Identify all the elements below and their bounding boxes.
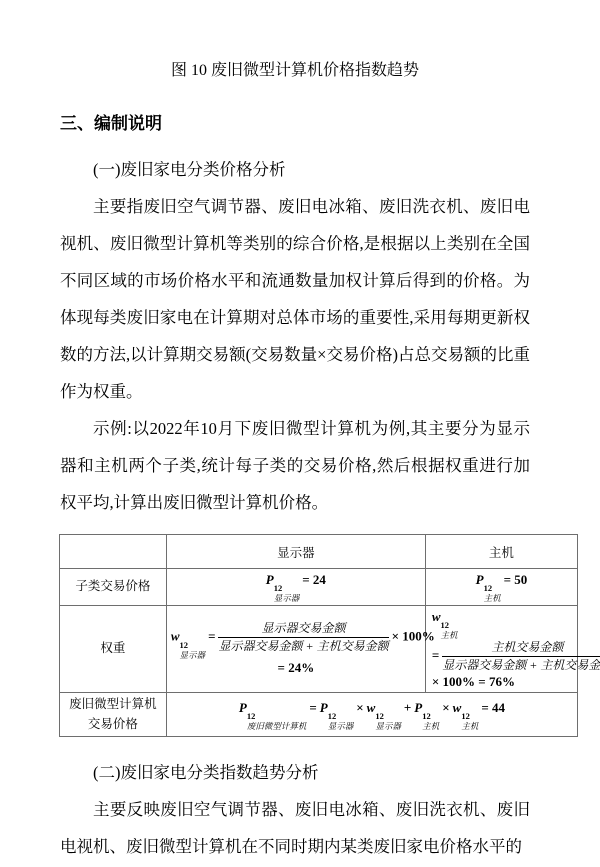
math-equals: = <box>309 700 316 715</box>
math-var: w <box>367 700 376 715</box>
math-sup: 12 <box>375 712 384 721</box>
weight-label: 权重 <box>60 605 167 692</box>
table-row-subclass-price: 子类交易价格 P12显示器= 24 P12主机= 50 <box>60 569 578 606</box>
figure-caption: 图 10 废旧微型计算机价格指数趋势 <box>60 52 530 89</box>
math-sub: 主机 <box>461 722 478 731</box>
total-price-label: 废旧微型计算机交易价格 <box>60 693 167 737</box>
math-sub: 主机 <box>441 631 458 640</box>
math-equals: = <box>432 647 439 662</box>
math-result: = 24% <box>278 660 315 675</box>
math-sub: 显示器 <box>375 722 401 731</box>
math-var: w <box>171 629 180 644</box>
math-var: P <box>476 572 484 587</box>
math-sup: 12 <box>328 712 337 721</box>
math-result: = 50 <box>504 572 528 587</box>
math-equals: = <box>208 629 215 644</box>
paragraph-index-trend: 主要反映废旧空气调节器、废旧电冰箱、废旧洗衣机、废旧电视机、废旧微型计算机在不同… <box>60 791 530 865</box>
math-var: w <box>453 700 462 715</box>
fraction-denominator: 显示器交易金额 + 主机交易金额 <box>442 657 600 673</box>
document-page: 图 10 废旧微型计算机价格指数趋势 三、编制说明 (一)废旧家电分类价格分析 … <box>0 0 600 865</box>
math-result: = 24 <box>302 572 326 587</box>
subsection-1-heading: (一)废旧家电分类价格分析 <box>60 151 580 188</box>
math-sub: 废旧微型计算机 <box>247 722 307 731</box>
math-var: P <box>266 572 274 587</box>
math-result: × 100% = 76% <box>432 674 515 689</box>
table-row-weight: 权重 w12显示器=显示器交易金额显示器交易金额 + 主机交易金额× 100% … <box>60 605 578 692</box>
math-times-100: × 100% <box>392 629 435 644</box>
subclass-price-label: 子类交易价格 <box>60 569 167 606</box>
math-sub: 显示器 <box>274 594 300 603</box>
math-var: P <box>414 700 422 715</box>
math-var: P <box>320 700 328 715</box>
math-sub: 显示器 <box>328 722 354 731</box>
table-row-total-price: 废旧微型计算机交易价格 P12废旧微型计算机=P12显示器×w12显示器+P12… <box>60 693 578 737</box>
fraction-denominator: 显示器交易金额 + 主机交易金额 <box>218 638 388 654</box>
table-header-host: 主机 <box>425 535 577 569</box>
paragraph-example: 示例:以2022年10月下废旧微型计算机为例,其主要分为显示器和主机两个子类,统… <box>60 410 530 521</box>
subsection-2-heading: (二)废旧家电分类指数趋势分析 <box>60 754 580 791</box>
math-sup: 12 <box>180 641 189 650</box>
math-sup: 12 <box>247 712 256 721</box>
formula-weight-host: w12主机 =主机交易金额显示器交易金额 + 主机交易金额 × 100% = 7… <box>425 605 577 692</box>
math-sub: 主机 <box>484 594 501 603</box>
formula-price-host: P12主机= 50 <box>425 569 577 606</box>
math-times: × <box>442 700 449 715</box>
formula-total: P12废旧微型计算机=P12显示器×w12显示器+P12主机×w12主机= 44 <box>166 693 577 737</box>
math-var: w <box>432 609 441 624</box>
math-result: = 44 <box>481 700 505 715</box>
paragraph-classification-price: 主要指废旧空气调节器、废旧电冰箱、废旧洗衣机、废旧电视机、废旧微型计算机等类别的… <box>60 188 530 410</box>
math-plus: + <box>404 700 411 715</box>
math-sup: 12 <box>461 712 470 721</box>
section-heading: 三、编制说明 <box>60 105 580 142</box>
fraction-numerator: 主机交易金额 <box>442 640 600 657</box>
math-times: × <box>356 700 363 715</box>
math-var: P <box>239 700 247 715</box>
table-header-display: 显示器 <box>166 535 425 569</box>
classification-table: 显示器 主机 子类交易价格 P12显示器= 24 P12主机= 50 权重 w1… <box>59 534 578 737</box>
math-sup: 12 <box>422 712 431 721</box>
fraction-numerator: 显示器交易金额 <box>218 621 388 638</box>
formula-weight-display: w12显示器=显示器交易金额显示器交易金额 + 主机交易金额× 100% = 2… <box>166 605 425 692</box>
math-sup: 12 <box>274 584 283 593</box>
math-sup: 12 <box>484 584 493 593</box>
table-header-empty-cell <box>60 535 167 569</box>
formula-price-display: P12显示器= 24 <box>166 569 425 606</box>
math-fraction: 显示器交易金额显示器交易金额 + 主机交易金额 <box>218 621 388 654</box>
table-header-row: 显示器 主机 <box>60 535 578 569</box>
math-sub: 主机 <box>422 722 439 731</box>
math-fraction: 主机交易金额显示器交易金额 + 主机交易金额 <box>442 640 600 673</box>
math-sup: 12 <box>441 621 450 630</box>
math-sub: 显示器 <box>180 651 206 660</box>
